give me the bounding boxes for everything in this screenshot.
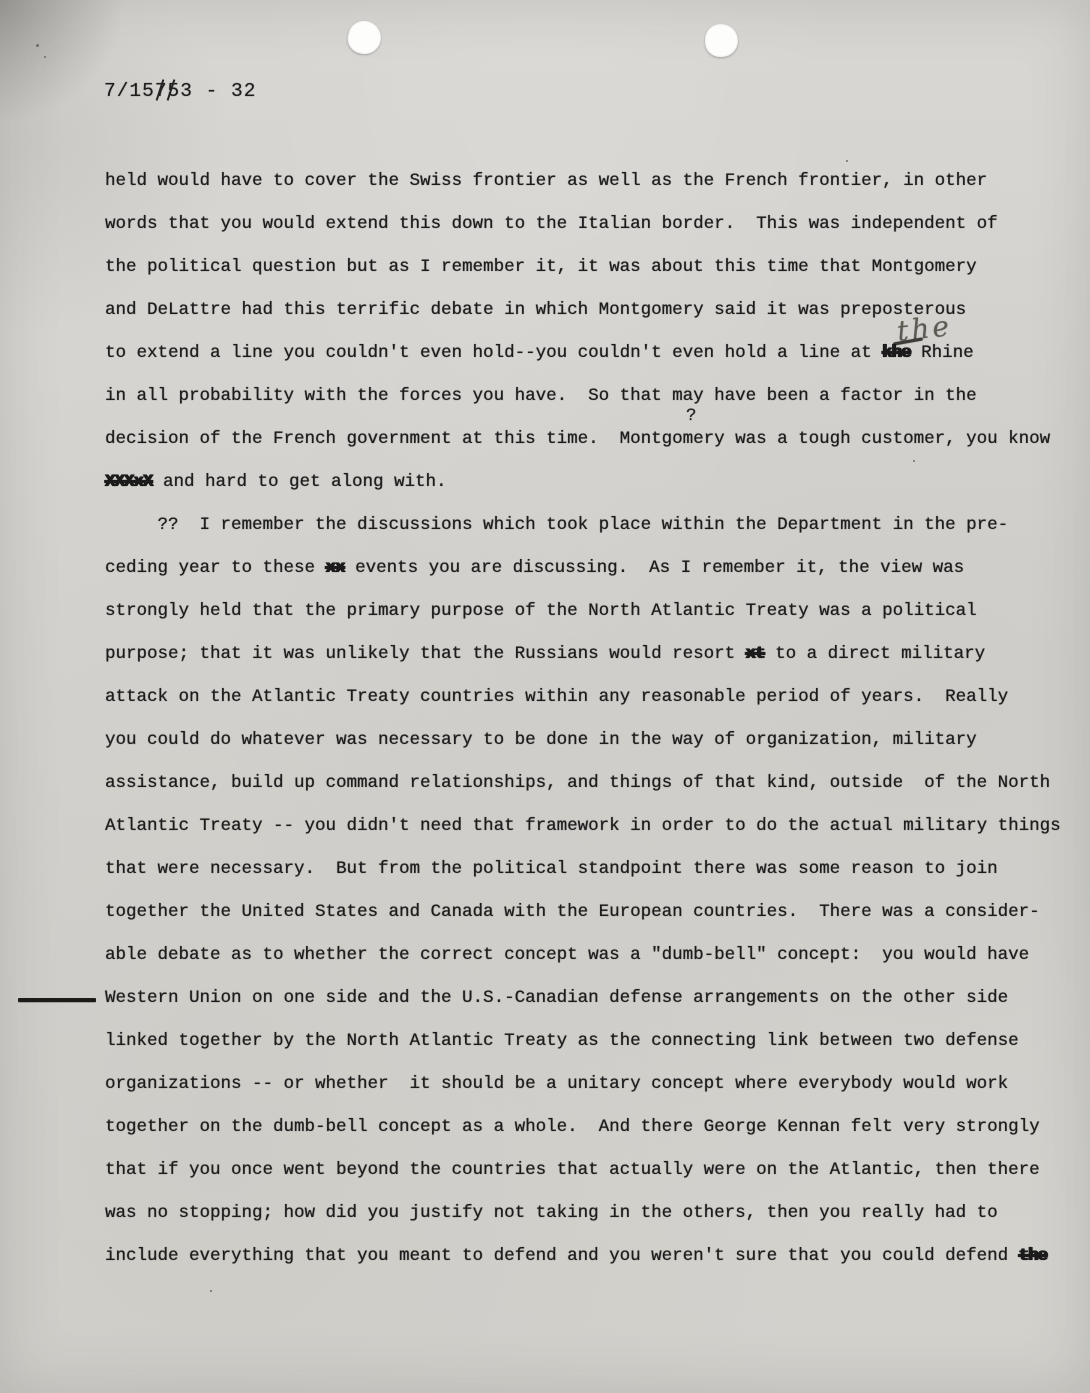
- text-segment: and hard to get along with.: [153, 472, 447, 492]
- text-line: together on the dumb-bell concept as a w…: [105, 1106, 1075, 1149]
- text-segment: purpose; that it was unlikely that the R…: [105, 644, 746, 664]
- text-line: Atlantic Treaty -- you didn't need that …: [105, 805, 1075, 848]
- text-line: you could do whatever was necessary to b…: [105, 719, 1075, 762]
- struck-out-text: khe: [882, 343, 911, 363]
- hole-punch-right: [705, 24, 738, 57]
- text-segment: Rhine: [911, 343, 974, 363]
- text-line: words that you would extend this down to…: [105, 203, 1075, 246]
- text-segment: ?? I remember the discussions which took…: [105, 515, 1008, 535]
- page-header-date: 7/15753 - 32: [104, 80, 256, 102]
- text-line: the political question but as I remember…: [105, 246, 1075, 289]
- text-segment: to extend a line you couldn't even hold-…: [105, 343, 882, 363]
- text-line: that were necessary. But from the politi…: [105, 848, 1075, 891]
- text-line: assistance, build up command relationshi…: [105, 762, 1075, 805]
- header-date-suffix: 3 - 32: [180, 80, 256, 102]
- struck-out-text: xx: [326, 558, 345, 578]
- text-segment: include everything that you meant to def…: [105, 1246, 1019, 1266]
- text-line: ?? I remember the discussions which took…: [105, 504, 1075, 547]
- text-line: able debate as to whether the correct co…: [105, 934, 1075, 977]
- text-segment: attack on the Atlantic Treaty countries …: [105, 687, 1008, 707]
- struck-out-text: xt: [746, 644, 765, 664]
- text-segment: to a direct military: [765, 644, 986, 664]
- text-segment: words that you would extend this down to…: [105, 214, 998, 234]
- text-segment: Western Union on one side and the U.S.-C…: [105, 988, 1008, 1008]
- text-line: was no stopping; how did you justify not…: [105, 1192, 1075, 1235]
- text-line: XXXxX and hard to get along with.: [105, 461, 1075, 504]
- text-segment: and DeLattre had this terrific debate in…: [105, 300, 966, 320]
- pencil-speck: [44, 56, 46, 58]
- text-segment: Atlantic Treaty -- you didn't need that …: [105, 816, 1061, 836]
- text-segment: was no stopping; how did you justify not…: [105, 1203, 998, 1223]
- text-segment: ceding year to these: [105, 558, 326, 578]
- text-segment: held would have to cover the Swiss front…: [105, 171, 987, 191]
- text-segment: together on the dumb-bell concept as a w…: [105, 1117, 1040, 1137]
- text-line: purpose; that it was unlikely that the R…: [105, 633, 1075, 676]
- text-segment: you could do whatever was necessary to b…: [105, 730, 977, 750]
- text-line: held would have to cover the Swiss front…: [105, 160, 1075, 203]
- struck-out-text: the: [1019, 1246, 1048, 1266]
- text-segment: strongly held that the primary purpose o…: [105, 601, 977, 621]
- text-segment: linked together by the North Atlantic Tr…: [105, 1031, 1019, 1051]
- text-segment: assistance, build up command relationshi…: [105, 773, 1050, 793]
- text-line: include everything that you meant to def…: [105, 1235, 1075, 1278]
- scanned-document-page: 7/15753 - 32 the ? held would have to co…: [0, 0, 1090, 1393]
- text-segment: that were necessary. But from the politi…: [105, 859, 998, 879]
- text-segment: decision of the French government at thi…: [105, 429, 1050, 449]
- text-line: that if you once went beyond the countri…: [105, 1149, 1075, 1192]
- text-line: to extend a line you couldn't even hold-…: [105, 332, 1075, 375]
- text-line: and DeLattre had this terrific debate in…: [105, 289, 1075, 332]
- text-line: strongly held that the primary purpose o…: [105, 590, 1075, 633]
- text-line: together the United States and Canada wi…: [105, 891, 1075, 934]
- margin-mark-line: [18, 998, 96, 1002]
- text-line: Western Union on one side and the U.S.-C…: [105, 977, 1075, 1020]
- header-overstruck-digits: 75: [155, 80, 180, 102]
- pencil-speck: [210, 1290, 212, 1292]
- text-line: decision of the French government at thi…: [105, 418, 1075, 461]
- text-line: attack on the Atlantic Treaty countries …: [105, 676, 1075, 719]
- text-line: linked together by the North Atlantic Tr…: [105, 1020, 1075, 1063]
- hole-punch-left: [345, 18, 384, 57]
- text-segment: the political question but as I remember…: [105, 257, 977, 277]
- text-segment: in all probability with the forces you h…: [105, 386, 977, 406]
- text-segment: events you are discussing. As I remember…: [345, 558, 965, 578]
- text-line: in all probability with the forces you h…: [105, 375, 1075, 418]
- text-segment: organizations -- or whether it should be…: [105, 1074, 1008, 1094]
- text-line: organizations -- or whether it should be…: [105, 1063, 1075, 1106]
- struck-out-text: XXXxX: [105, 472, 153, 492]
- document-body: held would have to cover the Swiss front…: [105, 160, 1075, 1278]
- pencil-speck: [36, 44, 39, 47]
- text-segment: together the United States and Canada wi…: [105, 902, 1040, 922]
- text-line: ceding year to these xx events you are d…: [105, 547, 1075, 590]
- text-segment: that if you once went beyond the countri…: [105, 1160, 1040, 1180]
- header-date-prefix: 7/15: [104, 80, 155, 102]
- text-segment: able debate as to whether the correct co…: [105, 945, 1029, 965]
